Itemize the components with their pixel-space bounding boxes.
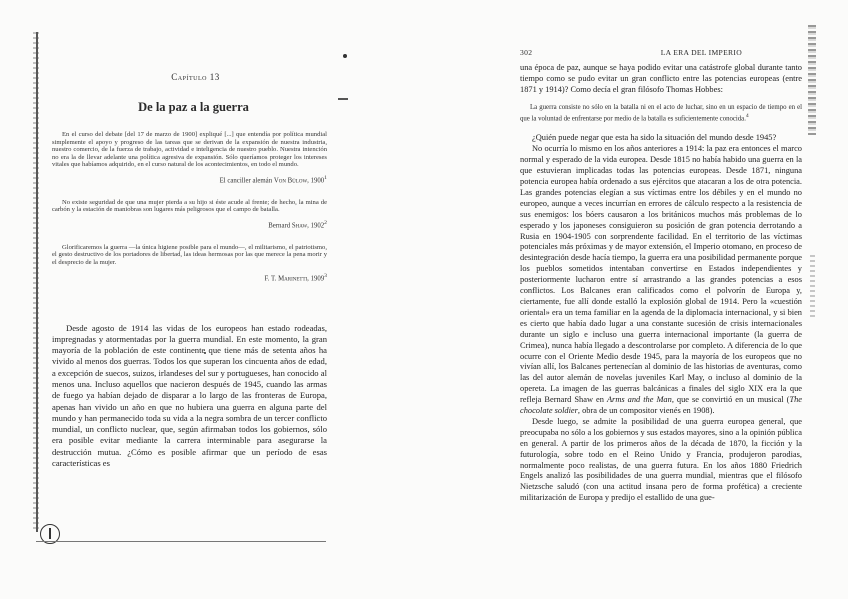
body-paragraph: Desde luego, se admite la posibilidad de… <box>520 417 802 504</box>
chapter-title: De la paz a la guerra <box>60 100 327 115</box>
epigraph-attribution: El canciller alemán Von Bülow, 19001 <box>52 175 327 185</box>
body-paragraph: No ocurría lo mismo en los años anterior… <box>520 144 802 417</box>
author-name: Shaw <box>292 222 307 229</box>
scan-dot-mark <box>343 54 347 58</box>
epigraph-attribution: Bernard Shaw, 19022 <box>52 220 327 230</box>
epigraph-2: No existe seguridad de que una mujer pie… <box>52 199 327 230</box>
quote-text: La guerra consiste no sólo en la batalla… <box>520 104 802 122</box>
scanned-page-edge-right-lower <box>810 255 815 320</box>
footnote-ref: 2 <box>324 220 327 226</box>
block-quote-hobbes: La guerra consiste no sólo en la batalla… <box>520 104 802 124</box>
author-name: Marinetti <box>278 275 307 282</box>
epigraph-attribution: F. T. Marinetti, 19093 <box>52 273 327 283</box>
epigraph-text: En el curso del debate [del 17 de marzo … <box>52 131 327 169</box>
scanned-page-edge-right <box>808 25 816 135</box>
footnote-ref: 4 <box>746 113 749 119</box>
scanned-page-edge-left <box>36 32 38 532</box>
chapter-label: Capítulo 13 <box>64 72 327 82</box>
epigraph-text: No existe seguridad de que una mujer pie… <box>52 199 327 214</box>
epigraph-text: Glorificaremos la guerra —la única higie… <box>52 244 327 267</box>
body-paragraph: ¿Quién puede negar que esta ha sido la s… <box>520 133 802 144</box>
epigraph-1: En el curso del debate [del 17 de marzo … <box>52 131 327 185</box>
title-arms-and-the-man: Arms and the Man <box>607 395 672 404</box>
left-page: Capítulo 13 De la paz a la guerra En el … <box>52 72 327 469</box>
footnote-ref: 3 <box>324 273 327 279</box>
body-paragraph: una época de paz, aunque se haya podido … <box>520 63 802 96</box>
body-paragraph: Desde agosto de 1914 las vidas de los eu… <box>52 323 327 470</box>
chapter-body: Desde agosto de 1914 las vidas de los eu… <box>52 323 327 470</box>
right-body: una época de paz, aunque se haya podido … <box>520 63 802 96</box>
right-body-cont: ¿Quién puede negar que esta ha sido la s… <box>520 133 802 504</box>
epigraph-3: Glorificaremos la guerra —la única higie… <box>52 244 327 283</box>
page-number: 302 <box>520 48 532 57</box>
right-page: 302 LA ERA DEL IMPERIO una época de paz,… <box>520 48 802 504</box>
scan-dash-mark <box>338 98 348 100</box>
footnote-ref: 1 <box>324 175 327 181</box>
bottom-rule <box>36 541 326 542</box>
author-name: Von Bülow <box>274 177 307 184</box>
running-header: 302 LA ERA DEL IMPERIO <box>520 48 802 57</box>
running-head-title: LA ERA DEL IMPERIO <box>661 48 742 57</box>
